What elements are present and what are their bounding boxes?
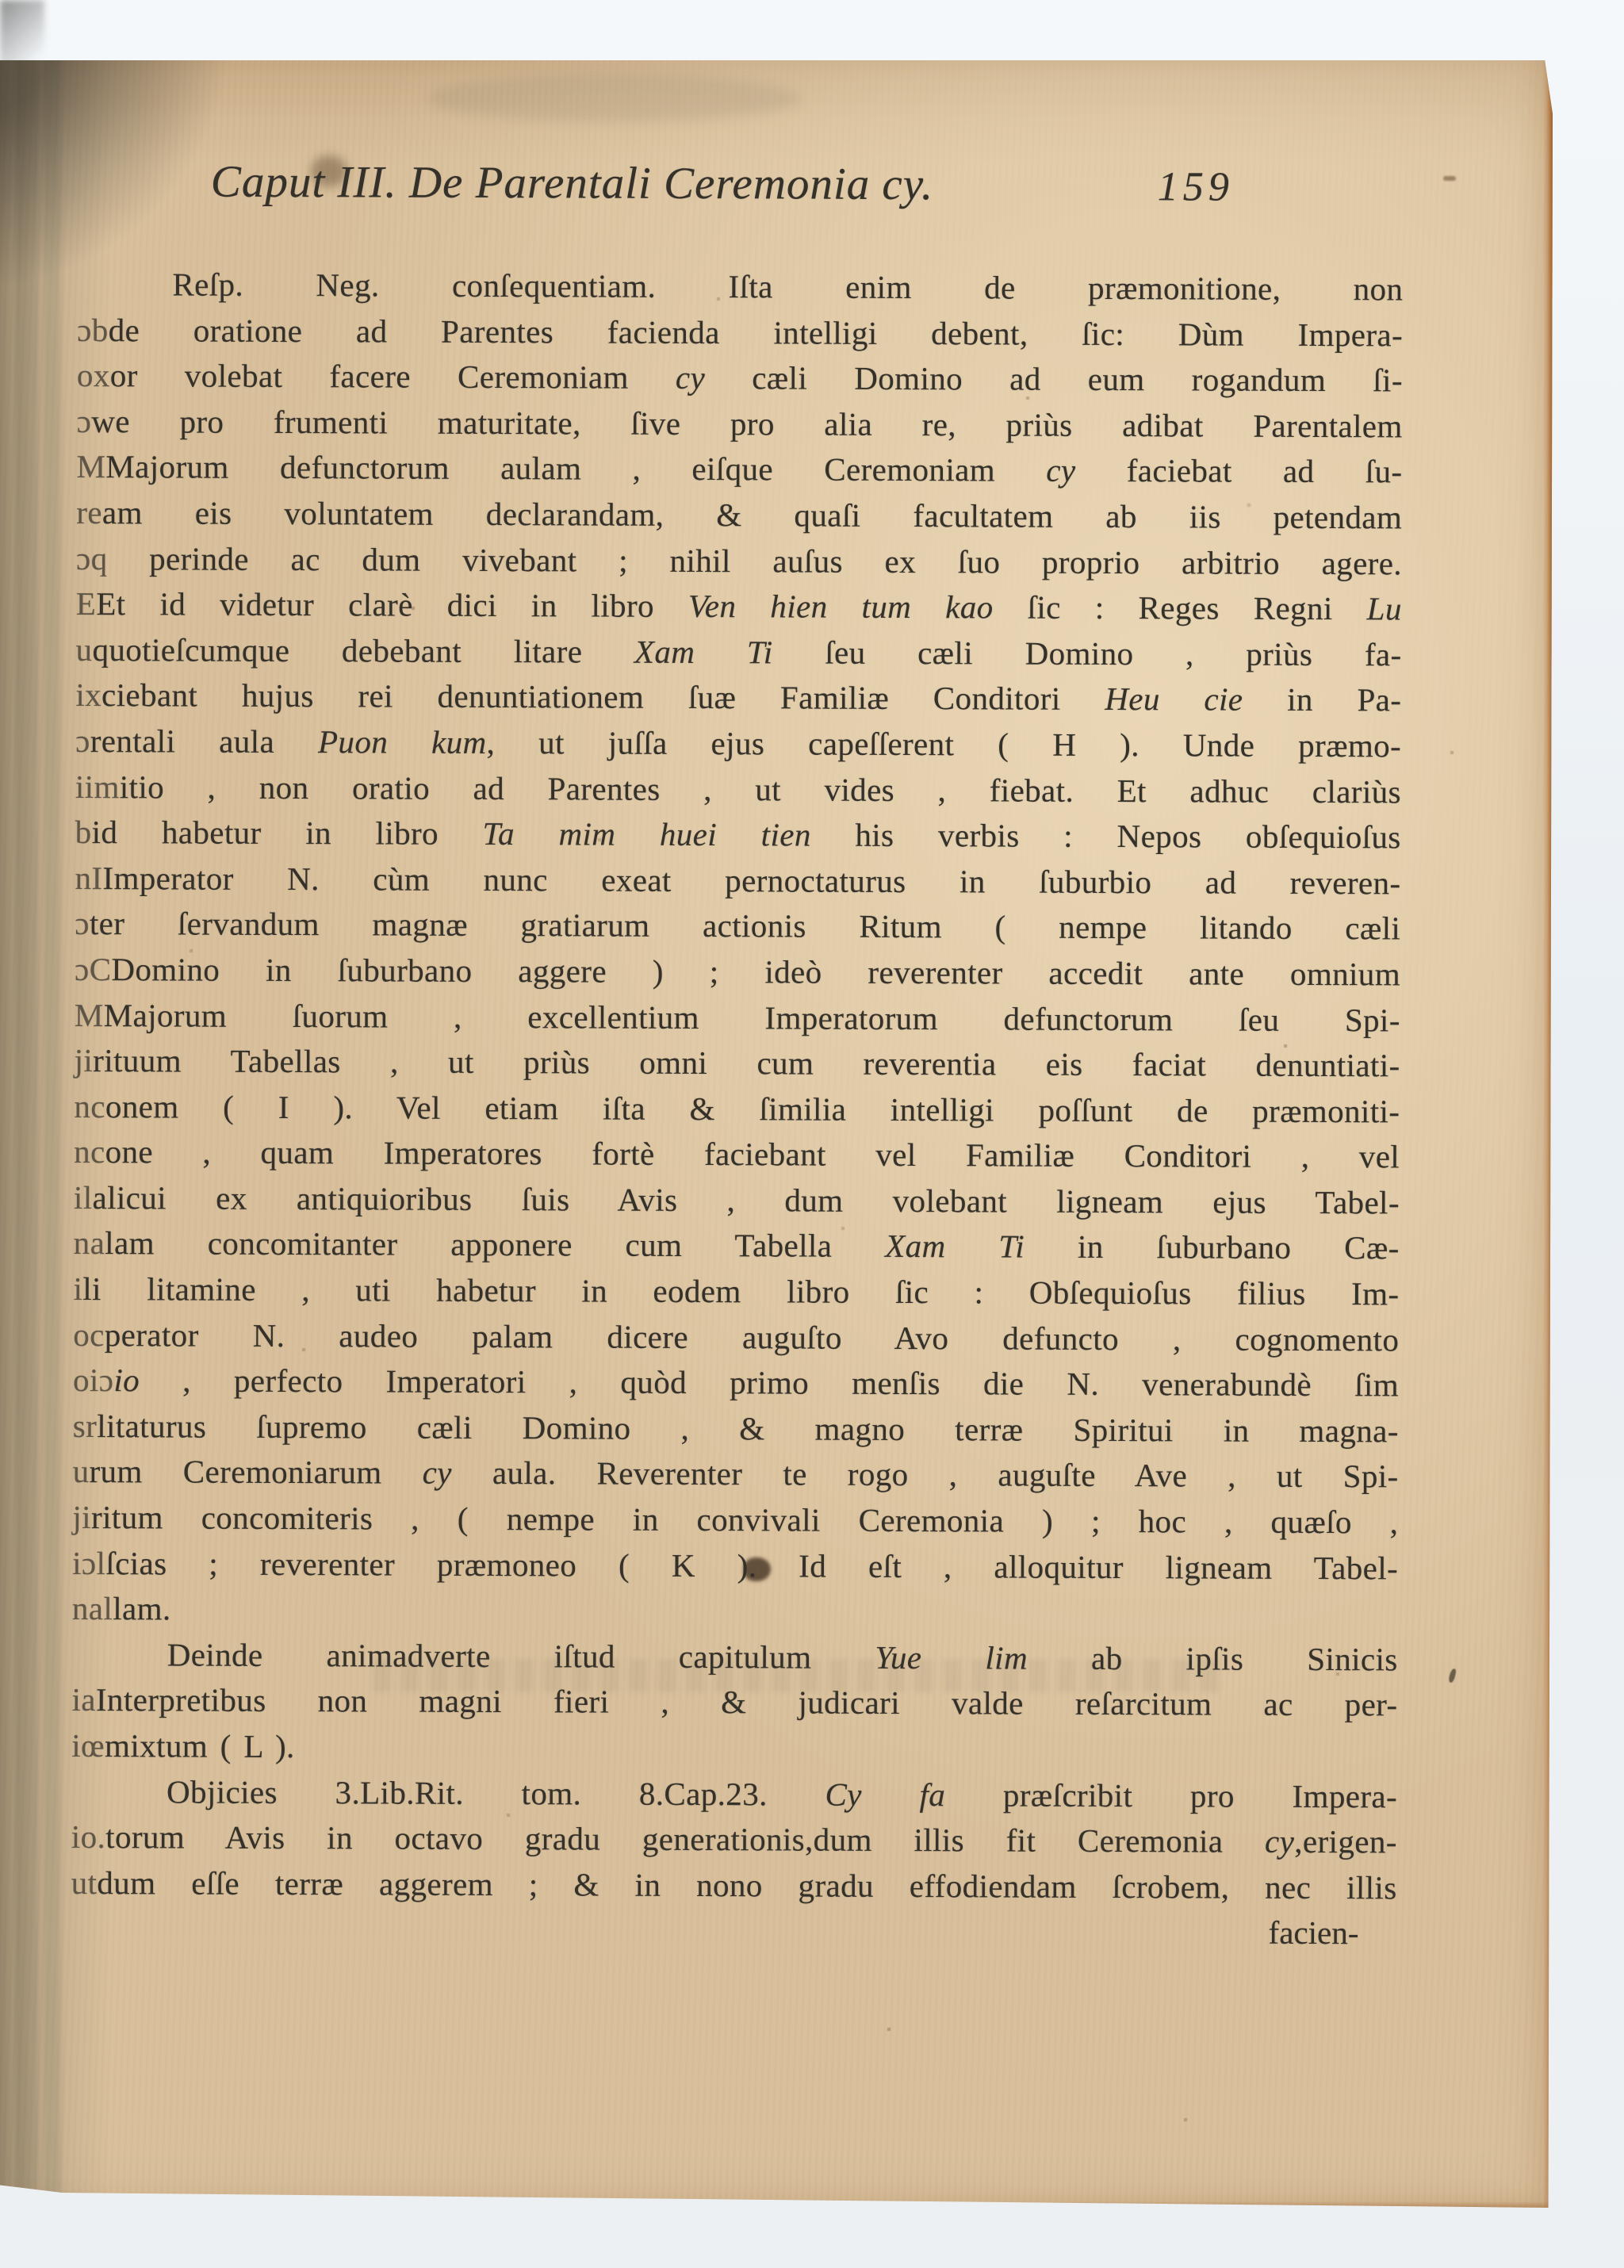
text-line: nIImperator N. cùm nunc exeat pernoctatu… [75,859,1400,910]
bleedthrough-characters: ox [77,357,110,393]
text-line: utdum eſſe terræ aggerem ; & in nono gra… [71,1864,1397,1914]
text-segment: alicui ex antiquioribus ſuis Avis , dum … [92,1179,1400,1220]
bleedthrough-characters: nal [72,1590,113,1626]
text-segment-italic: Cy fa [825,1776,945,1813]
text-segment: one , quam Imperatores fortè faciebant v… [105,1133,1400,1174]
text-segment: litaturus ſupremo cæli Domino , & magno … [97,1408,1399,1449]
text-line: EEt id videtur clarè dici in libro Ven h… [76,584,1402,635]
text-segment-italic: Puon kum [318,723,487,760]
text-segment: perinde ac dum vivebant ; nihil auſus ex… [149,540,1402,581]
text-segment: faciebat ad ſu- [1075,452,1402,490]
text-segment-italic: Ven hien tum kao [688,588,994,625]
text-line: ɔrentali aula Puon kum, ut juſſa ejus ca… [75,722,1401,772]
running-header: Caput III. De Parentali Ceremonia cy. 15… [78,155,1404,219]
text-line: Objicies 3.Lib.Rit. tom. 8.Cap.23. Cy fa… [71,1772,1397,1823]
text-segment: or volebat facere Ceremoniam [110,357,676,396]
text-segment: ritum concomiteris , ( nempe in convival… [91,1499,1399,1540]
bleedthrough-characters: nc [74,1088,105,1124]
text-segment-italic: io [113,1362,140,1398]
text-line: uquotieſcumque debebant litare Xam Ti ſe… [75,630,1401,681]
bleedthrough-characters: ɔC [75,951,112,987]
text-segment: in ſuburbano Cæ- [1025,1228,1400,1266]
bleedthrough-characters: ut [71,1864,98,1901]
text-segment-italic: Yue lim [875,1639,1028,1676]
bleedthrough-characters: nc [74,1133,105,1170]
bleedthrough-characters: ɔq [76,540,149,577]
text-line: oiɔio , perfecto Imperatori , quòd primo… [73,1361,1399,1412]
text-line: srlitaturus ſupremo cæli Domino , & magn… [73,1407,1399,1458]
bleedthrough-characters: na [74,1224,105,1261]
body-text: Reſp. Neg. conſequentiam. Iſta enim de p… [71,265,1404,1914]
bleedthrough-characters: b [75,814,92,850]
text-line: MMajorum defunctorum aulam , eiſque Cere… [76,447,1402,498]
text-segment: Majorum defunctorum aulam , eiſque Cerem… [105,449,1046,489]
bleedthrough-characters: ɔb [77,312,109,348]
text-line: Reſp. Neg. conſequentiam. Iſta enim de p… [77,265,1403,316]
text-line: nallam. [72,1589,1398,1640]
paper-page: Caput III. De Parentali Ceremonia cy. 15… [0,60,1553,2211]
text-segment: Objicies 3.Lib.Rit. tom. 8.Cap.23. [167,1773,825,1812]
text-line: oxor volebat facere Ceremoniam cy cæli D… [77,356,1403,407]
text-line: ilalicui ex antiquioribus ſuis Avis , du… [74,1178,1400,1229]
text-segment: ſic : Reges Regni [994,589,1367,627]
bleedthrough-characters: u [76,631,93,668]
text-segment: ter ſervandum magnæ gratiarum actionis R… [90,905,1401,946]
text-line: bid habetur in libro Ta mim huei tien hi… [75,813,1401,864]
bleedthrough-characters: sr [73,1408,98,1444]
text-line: iɔlſcias ; reverenter præmoneo ( K ). Id… [72,1544,1398,1595]
text-line: jiritum concomiteris , ( nempe in conviv… [72,1498,1398,1549]
chapter-title: Caput III. De Parentali Ceremonia cy. [211,156,934,210]
text-line: nalam concomitanter apponere cum Tabella… [74,1224,1400,1274]
text-line: urum Ceremoniarum cy aula. Reverenter te… [72,1452,1398,1503]
text-segment: torum Avis in octavo gradu generationis,… [105,1818,1265,1860]
text-segment-italic: cy [676,359,705,396]
text-line: ɔq perinde ac dum vivebant ; nihil auſus… [76,539,1402,590]
margin-ink-mark [33,2195,38,2209]
text-line: jirituum Tabellas , ut priùs omni cum re… [74,1041,1400,1092]
text-segment: quotieſcumque debebant litare [92,631,634,670]
text-segment: , perfecto Imperatori , quòd primo menſi… [140,1362,1399,1404]
text-segment: mixtum ( L ). [105,1727,295,1764]
text-segment-italic: Xam Ti [634,633,773,670]
text-line: iimitio , non oratio ad Parentes , ut vi… [75,768,1401,818]
text-segment: dum eſſe terræ aggerem ; & in nono gradu… [97,1864,1396,1906]
bleedthrough-characters: ɔ [77,403,92,439]
bleedthrough-characters: u [73,1453,90,1489]
bleedthrough-characters: re [76,494,102,531]
text-line: ixciebant hujus rei denuntiationem ſuæ F… [75,676,1401,726]
ink-smudge [428,75,801,122]
text-segment: rum Ceremoniarum [89,1454,422,1492]
text-segment: rentali aula [90,722,318,760]
paper-fiber-mark [1443,176,1456,181]
text-segment-italic: Lu [1367,590,1402,626]
text-line: ɔCDomino in ſuburbano aggere ) ; ideò re… [75,950,1400,1001]
text-segment: Reſp. Neg. conſequentiam. Iſta enim de p… [172,266,1403,307]
bleedthrough-characters: ix [75,676,101,713]
text-line: ncone , quam Imperatores fortè faciebant… [74,1132,1400,1183]
text-segment: ,erigen- [1294,1823,1397,1860]
book-scan: Caput III. De Parentali Ceremonia cy. 15… [0,0,1624,2268]
text-segment: Deinde animadverte iſtud capitulum [167,1636,875,1675]
bleedthrough-characters: iim [75,768,120,805]
text-segment-italic: cy [1046,452,1075,488]
text-line: ɔbde oratione ad Parentes facienda intel… [77,311,1403,362]
text-segment: Interpretibus non magni fieri , & judica… [96,1682,1398,1723]
bleedthrough-characters: iœ [71,1727,105,1764]
text-segment: ab ipſis Sinicis [1028,1639,1398,1677]
text-segment: præſcribit pro Impera- [945,1776,1397,1814]
text-segment: his verbis : Nepos obſequioſus [811,817,1401,856]
text-line: nconem ( I ). Vel etiam iſta & ſimilia i… [74,1087,1400,1138]
text-segment: we pro frumenti maturitate, ſive pro ali… [91,403,1403,444]
bleedthrough-characters: ɔ [75,905,90,941]
text-segment: Domino in ſuburbano aggere ) ; ideò reve… [111,951,1400,992]
text-segment: li litamine , uti habetur in eodem libro… [82,1270,1399,1312]
text-segment: de oratione ad Parentes facienda intelli… [109,312,1404,353]
text-segment: onem ( I ). Vel etiam iſta & ſimilia int… [105,1088,1400,1129]
bleedthrough-characters: ji [72,1499,91,1535]
text-segment-italic: Ta mim huei tien [482,815,810,853]
text-segment: perator N. audeo palam dicere auguſto Av… [105,1316,1400,1358]
bleedthrough-characters: ji [75,1042,94,1078]
text-line: Deinde animadverte iſtud capitulum Yue l… [72,1635,1398,1686]
text-segment: ſeu cæli Domino , priùs fa- [773,634,1402,672]
text-segment: ciebant hujus rei denuntiationem ſuæ Fam… [101,676,1105,717]
text-line: ream eis voluntatem declarandam, & quaſi… [76,493,1402,544]
bleedthrough-characters: io. [71,1818,106,1855]
bleedthrough-characters: ia [71,1681,96,1718]
text-segment: id habetur in libro [92,814,483,852]
text-segment-italic: cy [423,1454,452,1491]
text-segment: aula. Reverenter te rogo , auguſte Ave ,… [452,1454,1399,1495]
text-segment-italic: Heu cie [1105,680,1243,718]
text-segment: , ut juſſa ejus capeſſerent ( H ). Unde … [487,724,1402,764]
text-line: ɔter ſervandum magnæ gratiarum actionis … [75,904,1400,955]
bleedthrough-characters: E [76,585,97,622]
text-line: ili litamine , uti habetur in eodem libr… [73,1270,1399,1320]
text-line: ɔwe pro frumenti maturitate, ſive pro al… [77,402,1403,453]
bleedthrough-characters: M [76,448,105,485]
text-segment: rituum Tabellas , ut priùs omni cum reve… [93,1042,1400,1083]
bleedthrough-characters: i [73,1270,82,1307]
text-segment: lam. [113,1590,171,1626]
margin-ink-mark [1448,1668,1457,1683]
bleedthrough-characters: ɔ [75,722,90,759]
bleedthrough-characters: oiɔ [73,1362,113,1398]
text-segment: itio , non oratio ad Parentes , ut vides… [120,768,1401,810]
text-line: iœmixtum ( L ). [71,1726,1397,1777]
text-segment: Majorum ſuorum , excellentium Imperatoru… [104,997,1400,1038]
text-line: MMajorum ſuorum , excellentium Imperator… [75,995,1400,1046]
text-segment: ſcias ; reverenter præmoneo ( K ). Id eſ… [105,1545,1398,1586]
text-segment-italic: cy [1265,1823,1294,1860]
bleedthrough-characters: iɔl [72,1545,105,1581]
text-segment-italic: Xam Ti [885,1228,1025,1265]
text-block: Caput III. De Parentali Ceremonia cy. 15… [71,155,1404,1960]
text-line: io.torum Avis in octavo gradu generation… [71,1818,1397,1868]
bleedthrough-characters: il [74,1179,93,1216]
catchword: facien- [71,1909,1396,1960]
paper-specks [0,60,2,62]
text-segment: Et id videtur clarè dici in libro [96,585,688,624]
text-segment: am eis voluntatem declarandam, & quaſi f… [102,494,1403,535]
bleedthrough-characters: M [75,996,104,1032]
page-number: 159 [1158,163,1234,210]
text-segment: cæli Domino ad eum rogandum ſi- [705,359,1403,398]
text-segment: Imperator N. cùm nunc exeat pernoctaturu… [102,860,1400,901]
text-segment: lam concomitanter apponere cum Tabella [105,1225,885,1265]
bleedthrough-characters: nI [75,860,102,896]
text-segment: in Pa- [1243,681,1401,718]
bleedthrough-characters: oc [73,1316,105,1353]
text-line: ocperator N. audeo palam dicere auguſto … [73,1316,1399,1366]
text-line: iaInterpretibus non magni fieri , & judi… [71,1680,1397,1731]
